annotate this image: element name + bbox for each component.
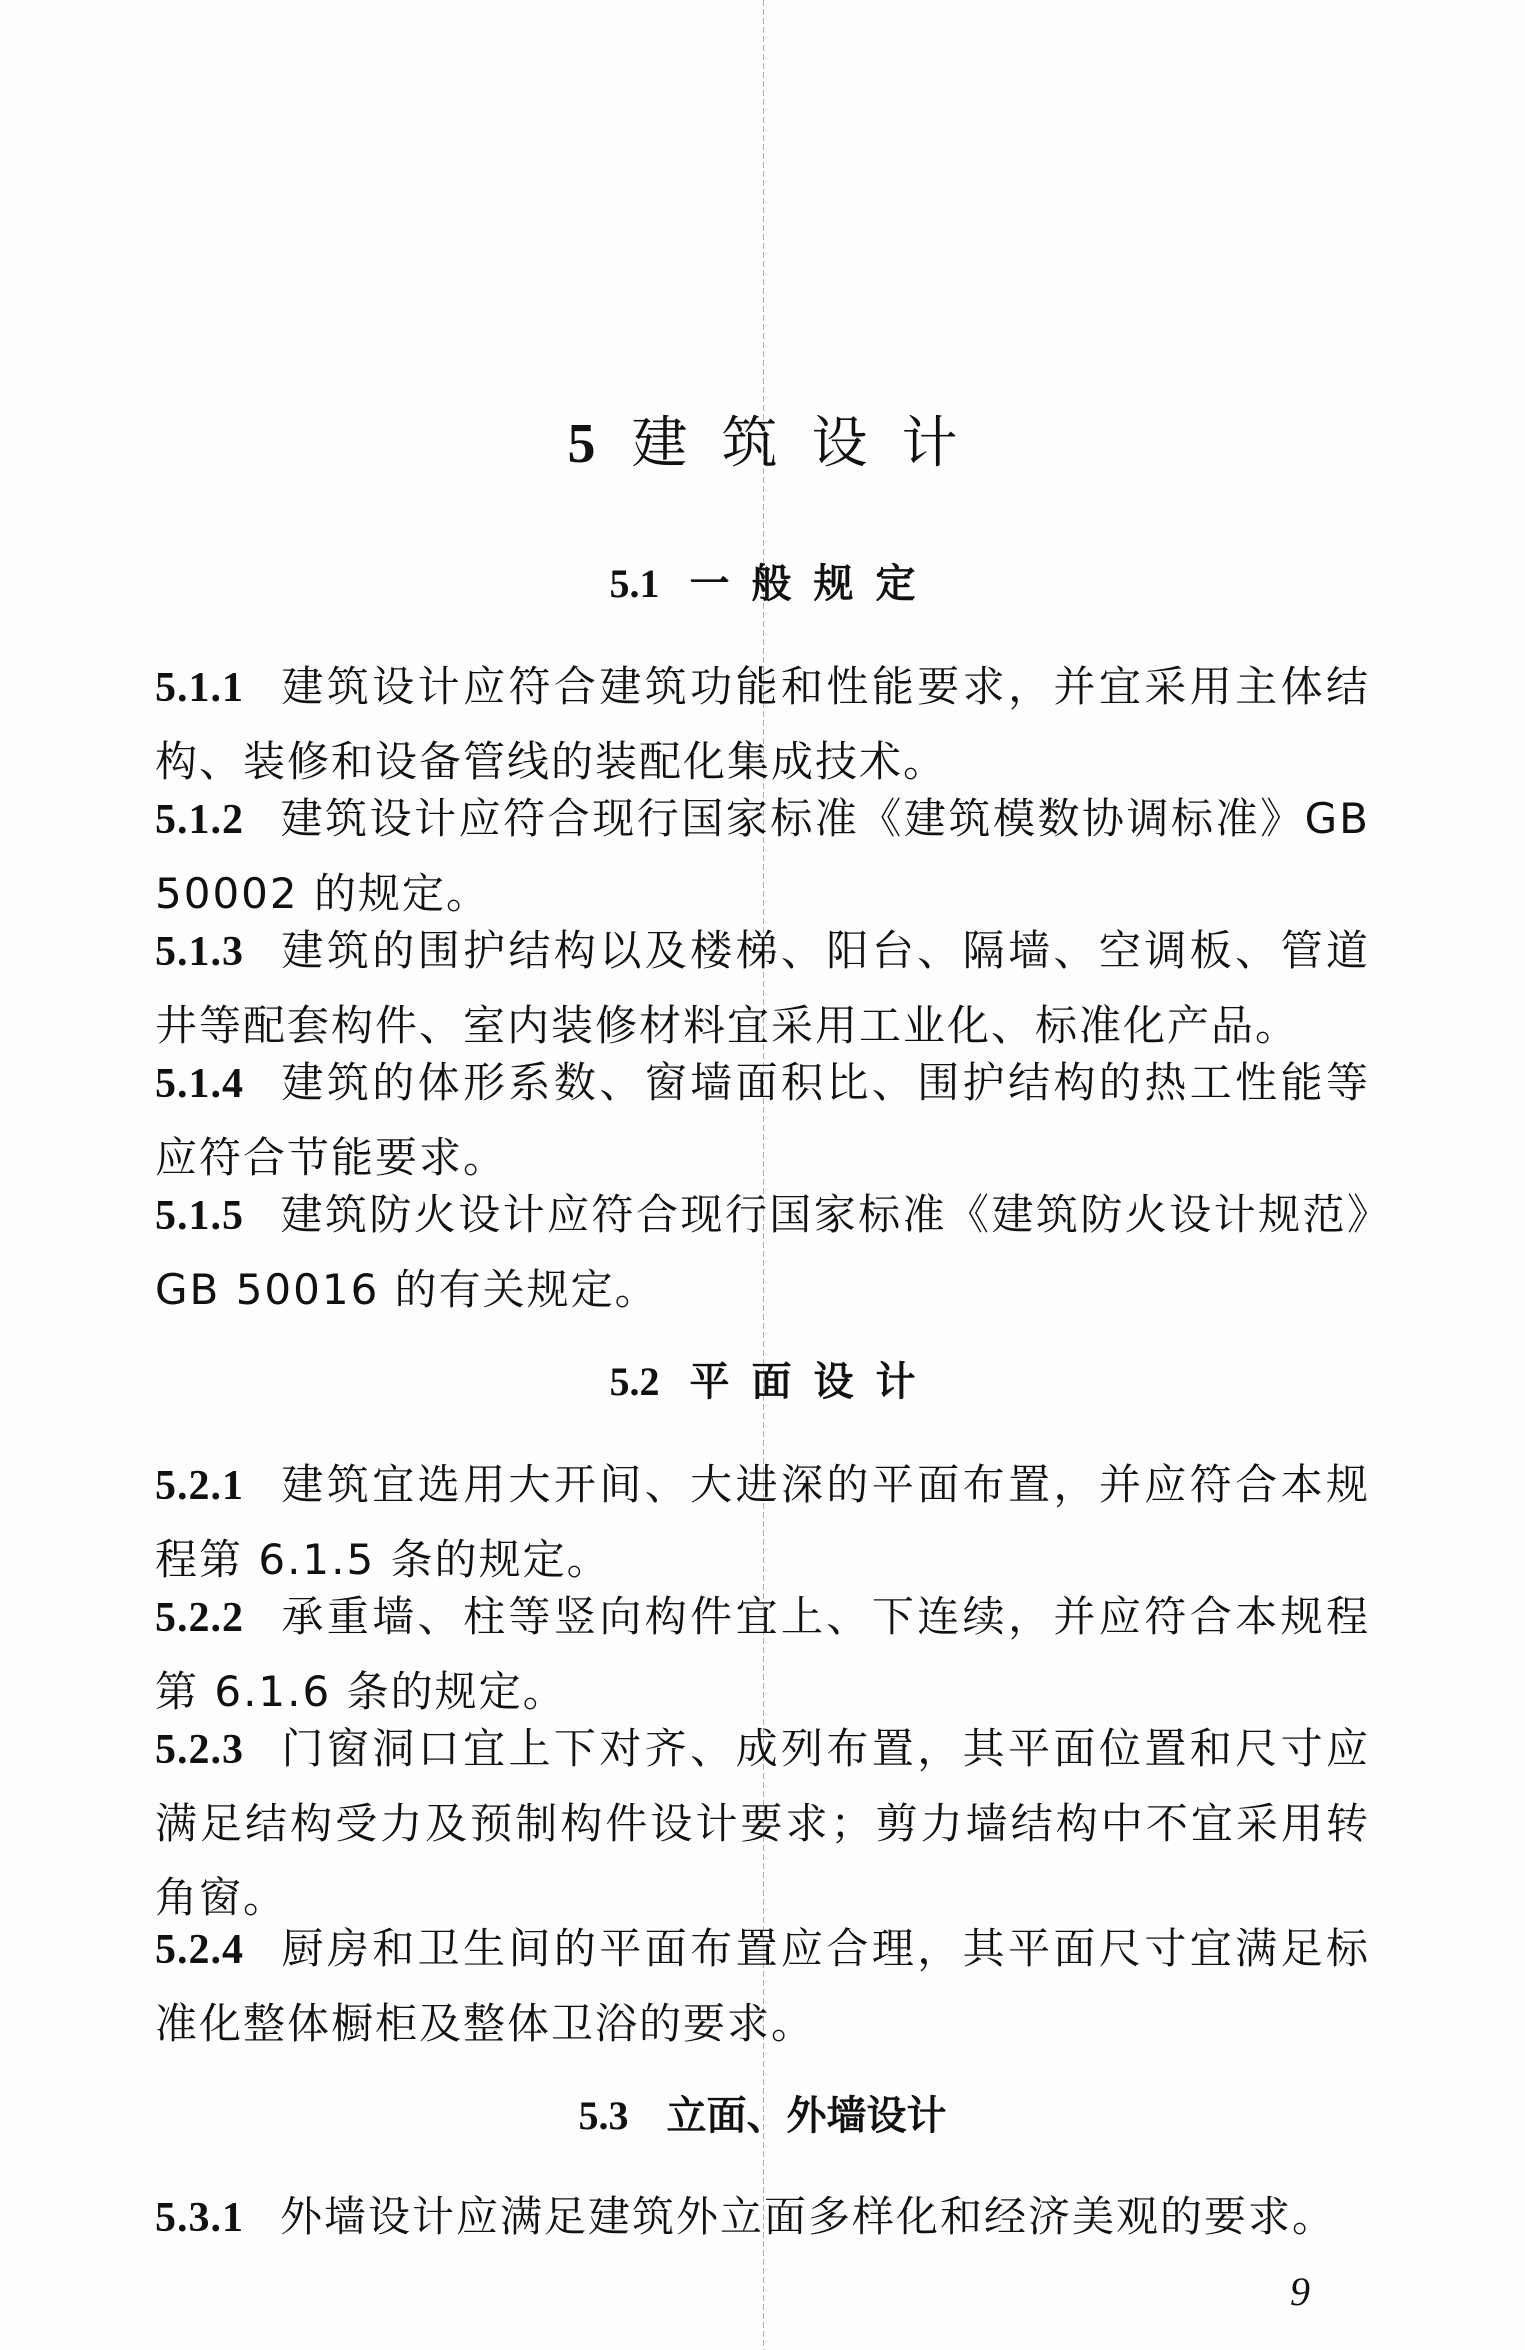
clause-number: 5.2.4 <box>155 1927 244 1973</box>
page-number: 9 <box>1290 2268 1310 2316</box>
clause-number: 5.1.5 <box>155 1193 244 1239</box>
clause-number: 5.2.3 <box>155 1727 244 1773</box>
clause-number: 5.3.1 <box>155 2195 244 2241</box>
clause-5-2-2: 5.2.2承重墙、柱等竖向构件宜上、下连续，并应符合本规程第 6.1.6 条的规… <box>155 1580 1370 1729</box>
section-title-text: 平面设计 <box>690 1358 938 1405</box>
section-number: 5.3 <box>579 2093 629 2138</box>
clause-5-1-1: 5.1.1建筑设计应符合建筑功能和性能要求，并宜采用主体结构、装修和设备管线的装… <box>155 650 1370 799</box>
clause-5-2-4: 5.2.4厨房和卫生间的平面布置应合理，其平面尺寸宜满足标准化整体橱柜及整体卫浴… <box>155 1912 1370 2061</box>
clause-text: 厨房和卫生间的平面布置应合理，其平面尺寸宜满足标准化整体橱柜及整体卫浴的要求。 <box>155 1924 1370 2048</box>
chapter-title: 5建筑设计 <box>0 408 1525 480</box>
clause-5-1-3: 5.1.3建筑的围护结构以及楼梯、阳台、隔墙、空调板、管道井等配套构件、室内装修… <box>155 914 1370 1063</box>
clause-number: 5.1.4 <box>155 1061 244 1107</box>
chapter-number: 5 <box>568 413 596 475</box>
clause-5-1-4: 5.1.4建筑的体形系数、窗墙面积比、围护结构的热工性能等应符合节能要求。 <box>155 1046 1370 1195</box>
clause-text: 建筑宜选用大开间、大进深的平面布置，并应符合本规程第 6.1.5 条的规定。 <box>155 1460 1370 1584</box>
chapter-title-text: 建筑设计 <box>632 411 992 476</box>
document-page: 5建筑设计 5.1一般规定 5.1.1建筑设计应符合建筑功能和性能要求，并宜采用… <box>0 0 1525 2350</box>
clause-number: 5.1.1 <box>155 665 244 711</box>
clause-text: 建筑设计应符合现行国家标准《建筑模数协调标准》GB 50002 的规定。 <box>155 794 1370 918</box>
clause-text: 建筑设计应符合建筑功能和性能要求，并宜采用主体结构、装修和设备管线的装配化集成技… <box>155 662 1370 786</box>
section-title-text: 一般规定 <box>690 560 938 607</box>
clause-text: 外墙设计应满足建筑外立面多样化和经济美观的要求。 <box>280 2192 1336 2241</box>
section-number: 5.2 <box>610 1359 660 1404</box>
clause-text: 建筑的围护结构以及楼梯、阳台、隔墙、空调板、管道井等配套构件、室内装修材料宜采用… <box>155 926 1370 1050</box>
clause-5-3-1: 5.3.1外墙设计应满足建筑外立面多样化和经济美观的要求。 <box>155 2180 1370 2255</box>
clause-number: 5.2.1 <box>155 1463 244 1509</box>
section-title-5-1: 5.1一般规定 <box>0 558 1525 610</box>
section-title-text: 立面、外墙设计 <box>667 2092 947 2139</box>
clause-number: 5.2.2 <box>155 1595 244 1641</box>
section-number: 5.1 <box>610 561 660 606</box>
section-title-5-3: 5.3立面、外墙设计 <box>0 2090 1525 2142</box>
clause-text: 门窗洞口宜上下对齐、成列布置，其平面位置和尺寸应满足结构受力及预制构件设计要求；… <box>155 1724 1370 1922</box>
clause-5-1-2: 5.1.2建筑设计应符合现行国家标准《建筑模数协调标准》GB 50002 的规定… <box>155 782 1370 931</box>
section-title-5-2: 5.2平面设计 <box>0 1356 1525 1408</box>
clause-5-2-1: 5.2.1建筑宜选用大开间、大进深的平面布置，并应符合本规程第 6.1.5 条的… <box>155 1448 1370 1597</box>
clause-text: 建筑防火设计应符合现行国家标准《建筑防火设计规范》GB 50016 的有关规定。 <box>155 1190 1370 1314</box>
clause-5-1-5: 5.1.5建筑防火设计应符合现行国家标准《建筑防火设计规范》GB 50016 的… <box>155 1178 1370 1327</box>
clause-number: 5.1.3 <box>155 929 244 975</box>
clause-text: 承重墙、柱等竖向构件宜上、下连续，并应符合本规程第 6.1.6 条的规定。 <box>155 1592 1370 1716</box>
clause-5-2-3: 5.2.3门窗洞口宜上下对齐、成列布置，其平面位置和尺寸应满足结构受力及预制构件… <box>155 1712 1370 1935</box>
clause-number: 5.1.2 <box>155 797 244 843</box>
clause-text: 建筑的体形系数、窗墙面积比、围护结构的热工性能等应符合节能要求。 <box>155 1058 1370 1182</box>
